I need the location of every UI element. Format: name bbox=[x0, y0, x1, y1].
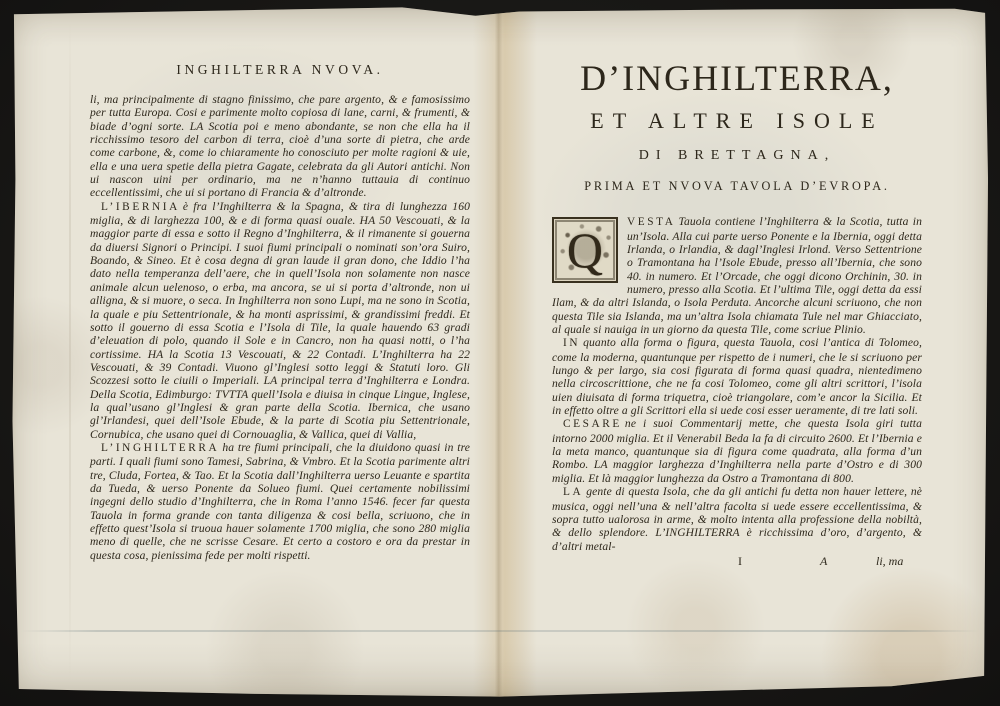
book-spread-paper: INGHILTERRA NVOVA. li, ma principalmente… bbox=[11, 6, 989, 698]
signature-line: I A li, ma bbox=[552, 554, 922, 569]
paragraph-lead: L’IBERNIA bbox=[101, 201, 180, 213]
signature-mark-left: I bbox=[738, 554, 742, 569]
paragraph-text: è fra l’Inghilterra & la Spagna, & tira … bbox=[90, 200, 470, 441]
right-paragraph-3: CESAREne i suoi Commentarij mette, che q… bbox=[552, 417, 922, 485]
horizontal-crease bbox=[21, 630, 979, 632]
right-page: D’INGHILTERRA, ET ALTRE ISOLE DI BRETTAG… bbox=[552, 58, 922, 569]
drop-cap-letter: Q bbox=[554, 219, 616, 281]
center-fold bbox=[473, 6, 537, 698]
signature-mark-right: A bbox=[820, 554, 827, 569]
left-page-crease bbox=[69, 20, 71, 684]
right-paragraph-4: LAgente di questa Isola, che da gli anti… bbox=[552, 485, 922, 553]
paragraph-lead: L’INGHILTERRA bbox=[101, 442, 219, 454]
paragraph-lead: IN bbox=[563, 337, 580, 349]
right-page-body: QVESTATauola contiene l’Inghilterra & la… bbox=[552, 215, 922, 569]
paragraph-text: ha tre fiumi principali, che la diuidono… bbox=[90, 441, 470, 562]
paragraph-lead: VESTA bbox=[627, 216, 676, 228]
chapter-subtitle: PRIMA ET NVOVA TAVOLA D’EVROPA. bbox=[552, 180, 922, 192]
chapter-title-line-3: DI BRETTAGNA, bbox=[552, 149, 922, 163]
left-paragraph-3: L’INGHILTERRAha tre fiumi principali, ch… bbox=[90, 441, 470, 562]
paragraph-text: quanto alla forma o figura, questa Tauol… bbox=[552, 336, 922, 417]
left-page: INGHILTERRA NVOVA. li, ma principalmente… bbox=[90, 56, 470, 562]
right-paragraph-2: INquanto alla forma o figura, questa Tau… bbox=[552, 336, 922, 417]
chapter-title-line-1: D’INGHILTERRA, bbox=[552, 60, 922, 96]
paragraph-lead: LA bbox=[563, 486, 583, 498]
left-paragraph-1: li, ma principalmente di stagno finissim… bbox=[90, 93, 470, 200]
paragraph-text: li, ma principalmente di stagno finissim… bbox=[90, 93, 470, 199]
right-paragraph-1: QVESTATauola contiene l’Inghilterra & la… bbox=[552, 215, 922, 336]
catchword: li, ma bbox=[876, 554, 903, 569]
paragraph-lead: CESARE bbox=[563, 418, 622, 430]
left-paragraph-2: L’IBERNIAè fra l’Inghilterra & la Spagna… bbox=[90, 200, 470, 441]
paragraph-text: gente di questa Isola, che da gli antich… bbox=[552, 485, 922, 552]
left-page-running-head: INGHILTERRA NVOVA. bbox=[90, 62, 470, 78]
decorated-initial-q: Q bbox=[552, 217, 618, 283]
chapter-title-line-2: ET ALTRE ISOLE bbox=[552, 110, 922, 132]
